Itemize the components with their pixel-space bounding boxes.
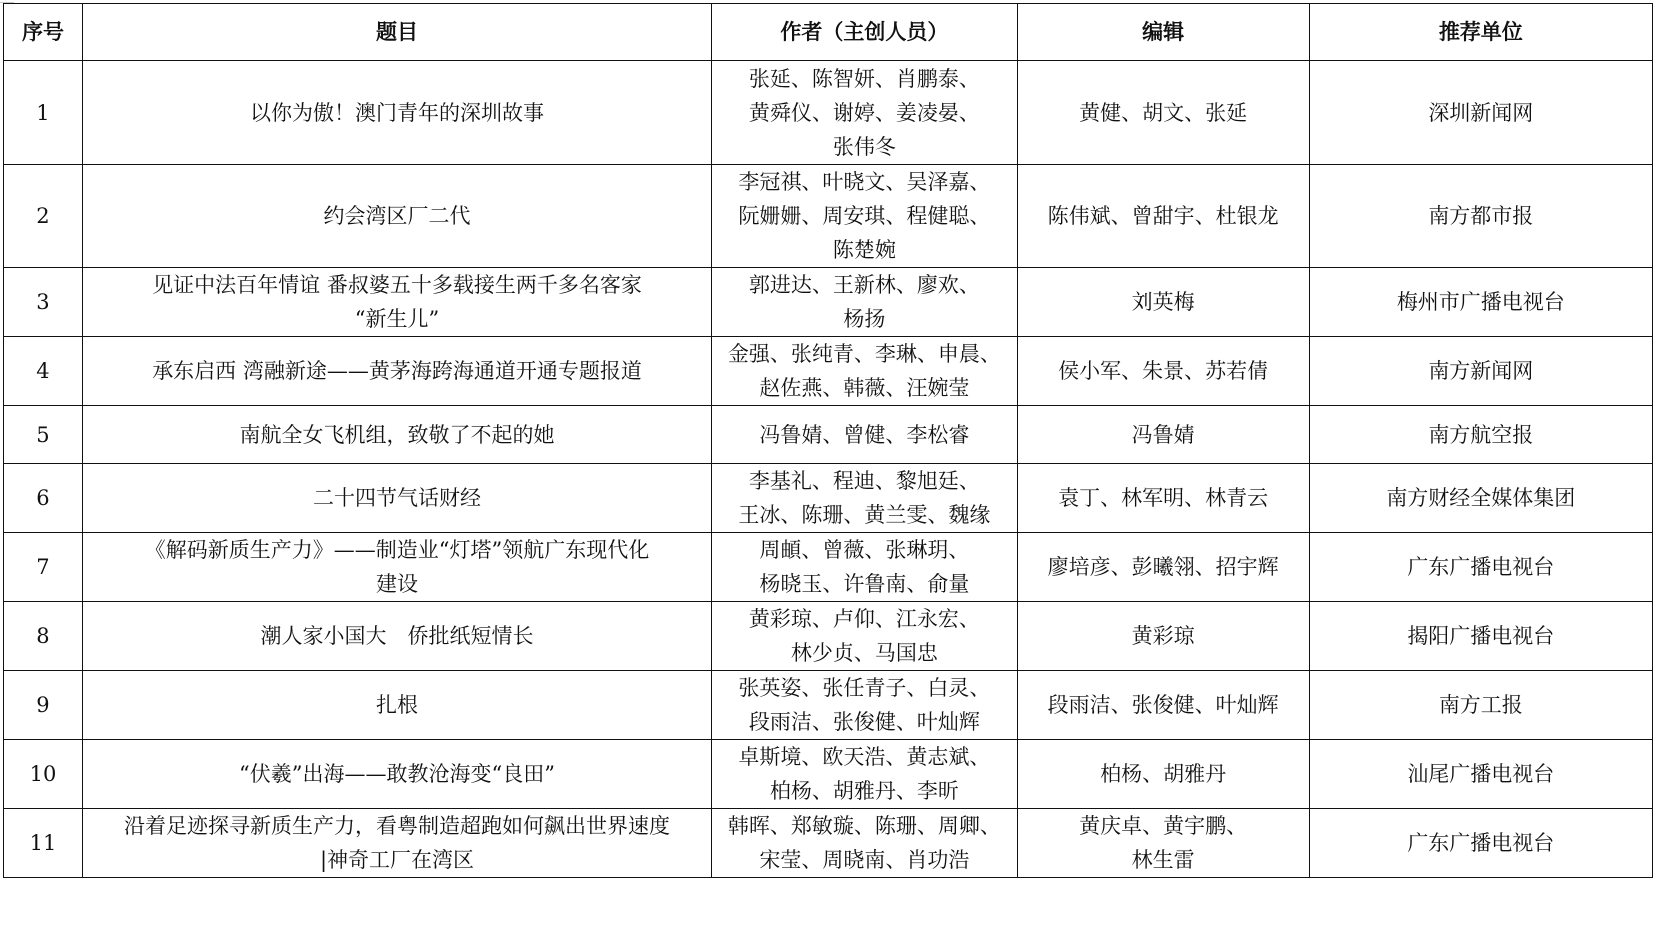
header-editor: 编辑 bbox=[1017, 4, 1309, 61]
cell-editor: 陈伟斌、曾甜宇、杜银龙 bbox=[1017, 165, 1309, 268]
cell-title: 南航全女飞机组，致敬了不起的她 bbox=[82, 406, 711, 464]
author-line: 黄舜仪、谢婷、姜凌晏、 bbox=[716, 96, 1012, 130]
unit-line: 南方工报 bbox=[1314, 688, 1648, 722]
cell-author: 张英姿、张任青子、白灵、 段雨洁、张俊健、叶灿辉 bbox=[712, 671, 1017, 740]
cell-author: 郭进达、王新林、廖欢、 杨扬 bbox=[712, 268, 1017, 337]
cell-no: 10 bbox=[4, 740, 83, 809]
author-line: 周頔、曾薇、张琳玥、 bbox=[716, 533, 1012, 567]
editor-line: 刘英梅 bbox=[1022, 285, 1305, 319]
cell-author: 周頔、曾薇、张琳玥、 杨晓玉、许鲁南、俞量 bbox=[712, 533, 1017, 602]
cell-title: 扎根 bbox=[82, 671, 711, 740]
cell-unit: 广东广播电视台 bbox=[1309, 809, 1652, 878]
unit-line: 南方航空报 bbox=[1314, 418, 1648, 452]
cell-title: 约会湾区厂二代 bbox=[82, 165, 711, 268]
cell-no: 2 bbox=[4, 165, 83, 268]
table-row: 5 南航全女飞机组，致敬了不起的她 冯鲁婧、曾健、李松睿 冯鲁婧 南方航空报 bbox=[4, 406, 1653, 464]
cell-author: 李冠祺、叶晓文、吴泽嘉、 阮姗姗、周安琪、程健聪、 陈楚婉 bbox=[712, 165, 1017, 268]
author-line: 宋莹、周晓南、肖功浩 bbox=[716, 843, 1012, 877]
title-line: 扎根 bbox=[87, 688, 707, 722]
author-line: 冯鲁婧、曾健、李松睿 bbox=[716, 418, 1012, 452]
author-line: 郭进达、王新林、廖欢、 bbox=[716, 268, 1012, 302]
cell-title: 承东启西 湾融新途——黄茅海跨海通道开通专题报道 bbox=[82, 337, 711, 406]
table-row: 8 潮人家小国大 侨批纸短情长 黄彩琼、卢仰、江永宏、 林少贞、马国忠 黄彩琼 … bbox=[4, 602, 1653, 671]
cell-editor: 黄彩琼 bbox=[1017, 602, 1309, 671]
cell-title: 二十四节气话财经 bbox=[82, 464, 711, 533]
unit-line: 梅州市广播电视台 bbox=[1314, 285, 1648, 319]
unit-line: 深圳新闻网 bbox=[1314, 96, 1648, 130]
title-line: 《解码新质生产力》——制造业“灯塔”领航广东现代化 bbox=[87, 533, 707, 567]
author-line: 张延、陈智妍、肖鹏泰、 bbox=[716, 62, 1012, 96]
author-line: 赵佐燕、韩薇、汪婉莹 bbox=[716, 371, 1012, 405]
cell-author: 冯鲁婧、曾健、李松睿 bbox=[712, 406, 1017, 464]
title-line: 以你为傲！澳门青年的深圳故事 bbox=[87, 96, 707, 130]
cell-title: “伏羲”出海——敢教沧海变“良田” bbox=[82, 740, 711, 809]
cell-editor: 柏杨、胡雅丹 bbox=[1017, 740, 1309, 809]
cell-title: 见证中法百年情谊 番叔婆五十多载接生两千多名客家 “新生儿” bbox=[82, 268, 711, 337]
cell-title: 沿着足迹探寻新质生产力，看粤制造超跑如何飙出世界速度 |神奇工厂在湾区 bbox=[82, 809, 711, 878]
cell-title: 《解码新质生产力》——制造业“灯塔”领航广东现代化 建设 bbox=[82, 533, 711, 602]
cell-author: 张延、陈智妍、肖鹏泰、 黄舜仪、谢婷、姜凌晏、 张伟冬 bbox=[712, 61, 1017, 165]
editor-line: 柏杨、胡雅丹 bbox=[1022, 757, 1305, 791]
editor-line: 侯小军、朱景、苏若倩 bbox=[1022, 354, 1305, 388]
awards-table: 序号 题目 作者（主创人员） 编辑 推荐单位 1 以你为傲！澳门青年的深圳故事 … bbox=[3, 3, 1653, 878]
cell-no: 4 bbox=[4, 337, 83, 406]
header-author: 作者（主创人员） bbox=[712, 4, 1017, 61]
cell-author: 李基礼、程迪、黎旭廷、 王冰、陈珊、黄兰雯、魏缘 bbox=[712, 464, 1017, 533]
author-line: 李基礼、程迪、黎旭廷、 bbox=[716, 464, 1012, 498]
editor-line: 段雨洁、张俊健、叶灿辉 bbox=[1022, 688, 1305, 722]
editor-line: 冯鲁婧 bbox=[1022, 418, 1305, 452]
author-line: 张伟冬 bbox=[716, 130, 1012, 164]
cell-unit: 南方财经全媒体集团 bbox=[1309, 464, 1652, 533]
table-row: 2 约会湾区厂二代 李冠祺、叶晓文、吴泽嘉、 阮姗姗、周安琪、程健聪、 陈楚婉 … bbox=[4, 165, 1653, 268]
title-line: “伏羲”出海——敢教沧海变“良田” bbox=[87, 757, 707, 791]
header-no: 序号 bbox=[4, 4, 83, 61]
title-line: |神奇工厂在湾区 bbox=[87, 843, 707, 877]
cell-editor: 黄健、胡文、张延 bbox=[1017, 61, 1309, 165]
cell-editor: 袁丁、林军明、林青云 bbox=[1017, 464, 1309, 533]
title-line: 潮人家小国大 侨批纸短情长 bbox=[87, 619, 707, 653]
author-line: 阮姗姗、周安琪、程健聪、 bbox=[716, 199, 1012, 233]
title-line: “新生儿” bbox=[87, 302, 707, 336]
unit-line: 广东广播电视台 bbox=[1314, 550, 1648, 584]
cell-no: 9 bbox=[4, 671, 83, 740]
header-unit: 推荐单位 bbox=[1309, 4, 1652, 61]
table-row: 4 承东启西 湾融新途——黄茅海跨海通道开通专题报道 金强、张纯青、李琳、申晨、… bbox=[4, 337, 1653, 406]
author-line: 杨扬 bbox=[716, 302, 1012, 336]
author-line: 李冠祺、叶晓文、吴泽嘉、 bbox=[716, 165, 1012, 199]
author-line: 林少贞、马国忠 bbox=[716, 636, 1012, 670]
editor-line: 黄庆卓、黄宇鹏、 bbox=[1022, 809, 1305, 843]
title-line: 约会湾区厂二代 bbox=[87, 199, 707, 233]
cell-editor: 刘英梅 bbox=[1017, 268, 1309, 337]
author-line: 张英姿、张任青子、白灵、 bbox=[716, 671, 1012, 705]
table-row: 11 沿着足迹探寻新质生产力，看粤制造超跑如何飙出世界速度 |神奇工厂在湾区 韩… bbox=[4, 809, 1653, 878]
cell-author: 金强、张纯青、李琳、申晨、 赵佐燕、韩薇、汪婉莹 bbox=[712, 337, 1017, 406]
cell-no: 1 bbox=[4, 61, 83, 165]
cell-editor: 段雨洁、张俊健、叶灿辉 bbox=[1017, 671, 1309, 740]
editor-line: 黄健、胡文、张延 bbox=[1022, 96, 1305, 130]
unit-line: 南方新闻网 bbox=[1314, 354, 1648, 388]
cell-unit: 南方工报 bbox=[1309, 671, 1652, 740]
table-body: 1 以你为傲！澳门青年的深圳故事 张延、陈智妍、肖鹏泰、 黄舜仪、谢婷、姜凌晏、… bbox=[4, 61, 1653, 878]
cell-author: 韩晖、郑敏璇、陈珊、周卿、 宋莹、周晓南、肖功浩 bbox=[712, 809, 1017, 878]
unit-line: 南方财经全媒体集团 bbox=[1314, 481, 1648, 515]
cell-unit: 梅州市广播电视台 bbox=[1309, 268, 1652, 337]
author-line: 黄彩琼、卢仰、江永宏、 bbox=[716, 602, 1012, 636]
author-line: 段雨洁、张俊健、叶灿辉 bbox=[716, 705, 1012, 739]
cell-unit: 广东广播电视台 bbox=[1309, 533, 1652, 602]
table-row: 10 “伏羲”出海——敢教沧海变“良田” 卓斯境、欧天浩、黄志斌、 柏杨、胡雅丹… bbox=[4, 740, 1653, 809]
cell-editor: 黄庆卓、黄宇鹏、 林生雷 bbox=[1017, 809, 1309, 878]
author-line: 杨晓玉、许鲁南、俞量 bbox=[716, 567, 1012, 601]
cell-unit: 南方新闻网 bbox=[1309, 337, 1652, 406]
author-line: 陈楚婉 bbox=[716, 233, 1012, 267]
editor-line: 袁丁、林军明、林青云 bbox=[1022, 481, 1305, 515]
cell-no: 6 bbox=[4, 464, 83, 533]
cell-title: 潮人家小国大 侨批纸短情长 bbox=[82, 602, 711, 671]
header-title: 题目 bbox=[82, 4, 711, 61]
cell-editor: 廖培彦、彭曦翎、招宇辉 bbox=[1017, 533, 1309, 602]
title-line: 见证中法百年情谊 番叔婆五十多载接生两千多名客家 bbox=[87, 268, 707, 302]
cell-unit: 揭阳广播电视台 bbox=[1309, 602, 1652, 671]
document-page: 序号 题目 作者（主创人员） 编辑 推荐单位 1 以你为傲！澳门青年的深圳故事 … bbox=[0, 0, 1656, 944]
cell-author: 卓斯境、欧天浩、黄志斌、 柏杨、胡雅丹、李昕 bbox=[712, 740, 1017, 809]
cell-unit: 汕尾广播电视台 bbox=[1309, 740, 1652, 809]
table-row: 9 扎根 张英姿、张任青子、白灵、 段雨洁、张俊健、叶灿辉 段雨洁、张俊健、叶灿… bbox=[4, 671, 1653, 740]
unit-line: 广东广播电视台 bbox=[1314, 826, 1648, 860]
author-line: 卓斯境、欧天浩、黄志斌、 bbox=[716, 740, 1012, 774]
editor-line: 廖培彦、彭曦翎、招宇辉 bbox=[1022, 550, 1305, 584]
cell-no: 11 bbox=[4, 809, 83, 878]
table-row: 6 二十四节气话财经 李基礼、程迪、黎旭廷、 王冰、陈珊、黄兰雯、魏缘 袁丁、林… bbox=[4, 464, 1653, 533]
title-line: 建设 bbox=[87, 567, 707, 601]
title-line: 沿着足迹探寻新质生产力，看粤制造超跑如何飙出世界速度 bbox=[87, 809, 707, 843]
title-line: 南航全女飞机组，致敬了不起的她 bbox=[87, 418, 707, 452]
cell-unit: 深圳新闻网 bbox=[1309, 61, 1652, 165]
cell-title: 以你为傲！澳门青年的深圳故事 bbox=[82, 61, 711, 165]
cell-no: 7 bbox=[4, 533, 83, 602]
table-row: 3 见证中法百年情谊 番叔婆五十多载接生两千多名客家 “新生儿” 郭进达、王新林… bbox=[4, 268, 1653, 337]
author-line: 金强、张纯青、李琳、申晨、 bbox=[716, 337, 1012, 371]
cell-no: 5 bbox=[4, 406, 83, 464]
cell-editor: 冯鲁婧 bbox=[1017, 406, 1309, 464]
title-line: 承东启西 湾融新途——黄茅海跨海通道开通专题报道 bbox=[87, 354, 707, 388]
table-header-row: 序号 题目 作者（主创人员） 编辑 推荐单位 bbox=[4, 4, 1653, 61]
cell-editor: 侯小军、朱景、苏若倩 bbox=[1017, 337, 1309, 406]
unit-line: 南方都市报 bbox=[1314, 199, 1648, 233]
title-line: 二十四节气话财经 bbox=[87, 481, 707, 515]
editor-line: 黄彩琼 bbox=[1022, 619, 1305, 653]
author-line: 韩晖、郑敏璇、陈珊、周卿、 bbox=[716, 809, 1012, 843]
cell-unit: 南方都市报 bbox=[1309, 165, 1652, 268]
cell-author: 黄彩琼、卢仰、江永宏、 林少贞、马国忠 bbox=[712, 602, 1017, 671]
cell-no: 3 bbox=[4, 268, 83, 337]
author-line: 王冰、陈珊、黄兰雯、魏缘 bbox=[716, 498, 1012, 532]
editor-line: 林生雷 bbox=[1022, 843, 1305, 877]
editor-line: 陈伟斌、曾甜宇、杜银龙 bbox=[1022, 199, 1305, 233]
unit-line: 汕尾广播电视台 bbox=[1314, 757, 1648, 791]
table-row: 7 《解码新质生产力》——制造业“灯塔”领航广东现代化 建设 周頔、曾薇、张琳玥… bbox=[4, 533, 1653, 602]
table-row: 1 以你为傲！澳门青年的深圳故事 张延、陈智妍、肖鹏泰、 黄舜仪、谢婷、姜凌晏、… bbox=[4, 61, 1653, 165]
author-line: 柏杨、胡雅丹、李昕 bbox=[716, 774, 1012, 808]
cell-no: 8 bbox=[4, 602, 83, 671]
unit-line: 揭阳广播电视台 bbox=[1314, 619, 1648, 653]
cell-unit: 南方航空报 bbox=[1309, 406, 1652, 464]
